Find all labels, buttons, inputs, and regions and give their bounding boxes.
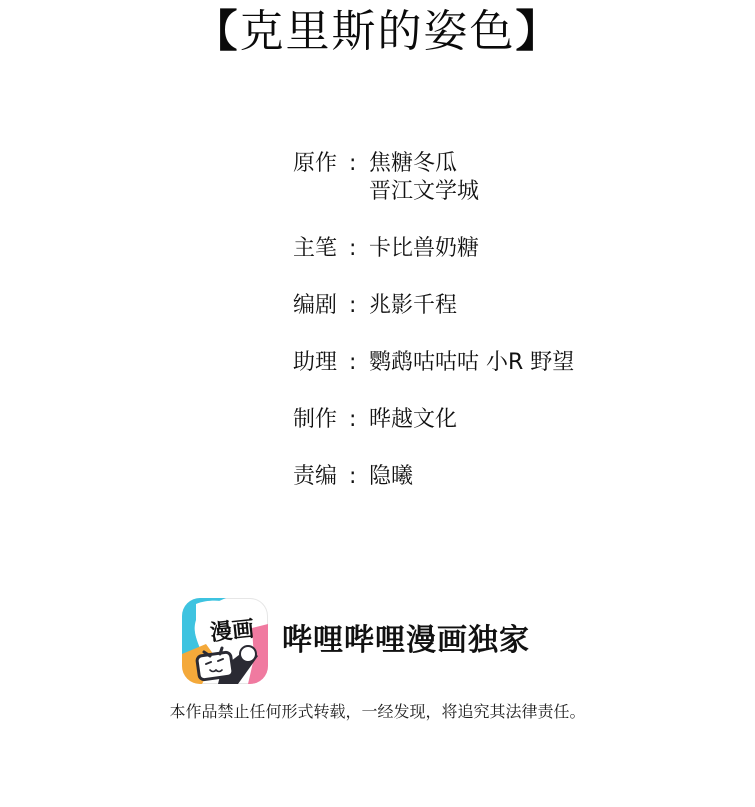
credit-role: 责编: [293, 463, 349, 491]
credit-values: 兆影千程: [369, 292, 457, 320]
credit-role: 制作: [293, 406, 349, 434]
comic-title: 【克里斯的姿色】: [0, 6, 755, 58]
credit-values: 卡比兽奶糖: [369, 235, 479, 263]
brand-block: 漫画 哔哩哔哩漫画独家: [182, 598, 530, 684]
credit-row-production: 制作 : 晔越文化: [293, 406, 574, 434]
credit-value: 鹦鹉咕咕咕 小R 野望: [369, 349, 574, 377]
credit-value: 焦糖冬瓜: [369, 150, 479, 178]
title-close-bracket: 】: [516, 6, 562, 57]
credit-colon: :: [349, 235, 369, 263]
copyright-notice: 本作品禁止任何形式转载，一经发现，将追究其法律责任。: [0, 700, 755, 724]
exclusive-label: 哔哩哔哩漫画独家: [282, 621, 530, 661]
credits-list: 原作 : 焦糖冬瓜 晋江文学城 主笔 : 卡比兽奶糖 编剧 : 兆影千程 助理 …: [293, 150, 574, 520]
credit-colon: :: [349, 406, 369, 434]
title-text: 克里斯的姿色: [240, 6, 516, 57]
credit-row-editor: 责编 : 隐曦: [293, 463, 574, 491]
credit-row-screenwriter: 编剧 : 兆影千程: [293, 292, 574, 320]
credit-values: 鹦鹉咕咕咕 小R 野望: [369, 349, 574, 377]
credit-row-original-author: 原作 : 焦糖冬瓜 晋江文学城: [293, 150, 574, 206]
credit-colon: :: [349, 463, 369, 491]
credit-value: 隐曦: [369, 463, 413, 491]
credit-values: 晔越文化: [369, 406, 457, 434]
credit-colon: :: [349, 349, 369, 377]
title-open-bracket: 【: [194, 6, 240, 57]
credit-role: 编剧: [293, 292, 349, 320]
credit-role: 主笔: [293, 235, 349, 263]
credit-values: 隐曦: [369, 463, 413, 491]
credit-row-assistants: 助理 : 鹦鹉咕咕咕 小R 野望: [293, 349, 574, 377]
credit-colon: :: [349, 150, 369, 178]
credit-value: 兆影千程: [369, 292, 457, 320]
credit-value: 卡比兽奶糖: [369, 235, 479, 263]
credit-value: 晋江文学城: [369, 178, 479, 206]
credit-colon: :: [349, 292, 369, 320]
logo-text: 漫画: [209, 616, 255, 646]
credit-role: 助理: [293, 349, 349, 377]
credit-value: 晔越文化: [369, 406, 457, 434]
bilibili-manga-app-icon: 漫画: [182, 598, 268, 684]
credit-values: 焦糖冬瓜 晋江文学城: [369, 150, 479, 206]
credit-role: 原作: [293, 150, 349, 178]
credit-row-lead-artist: 主笔 : 卡比兽奶糖: [293, 235, 574, 263]
